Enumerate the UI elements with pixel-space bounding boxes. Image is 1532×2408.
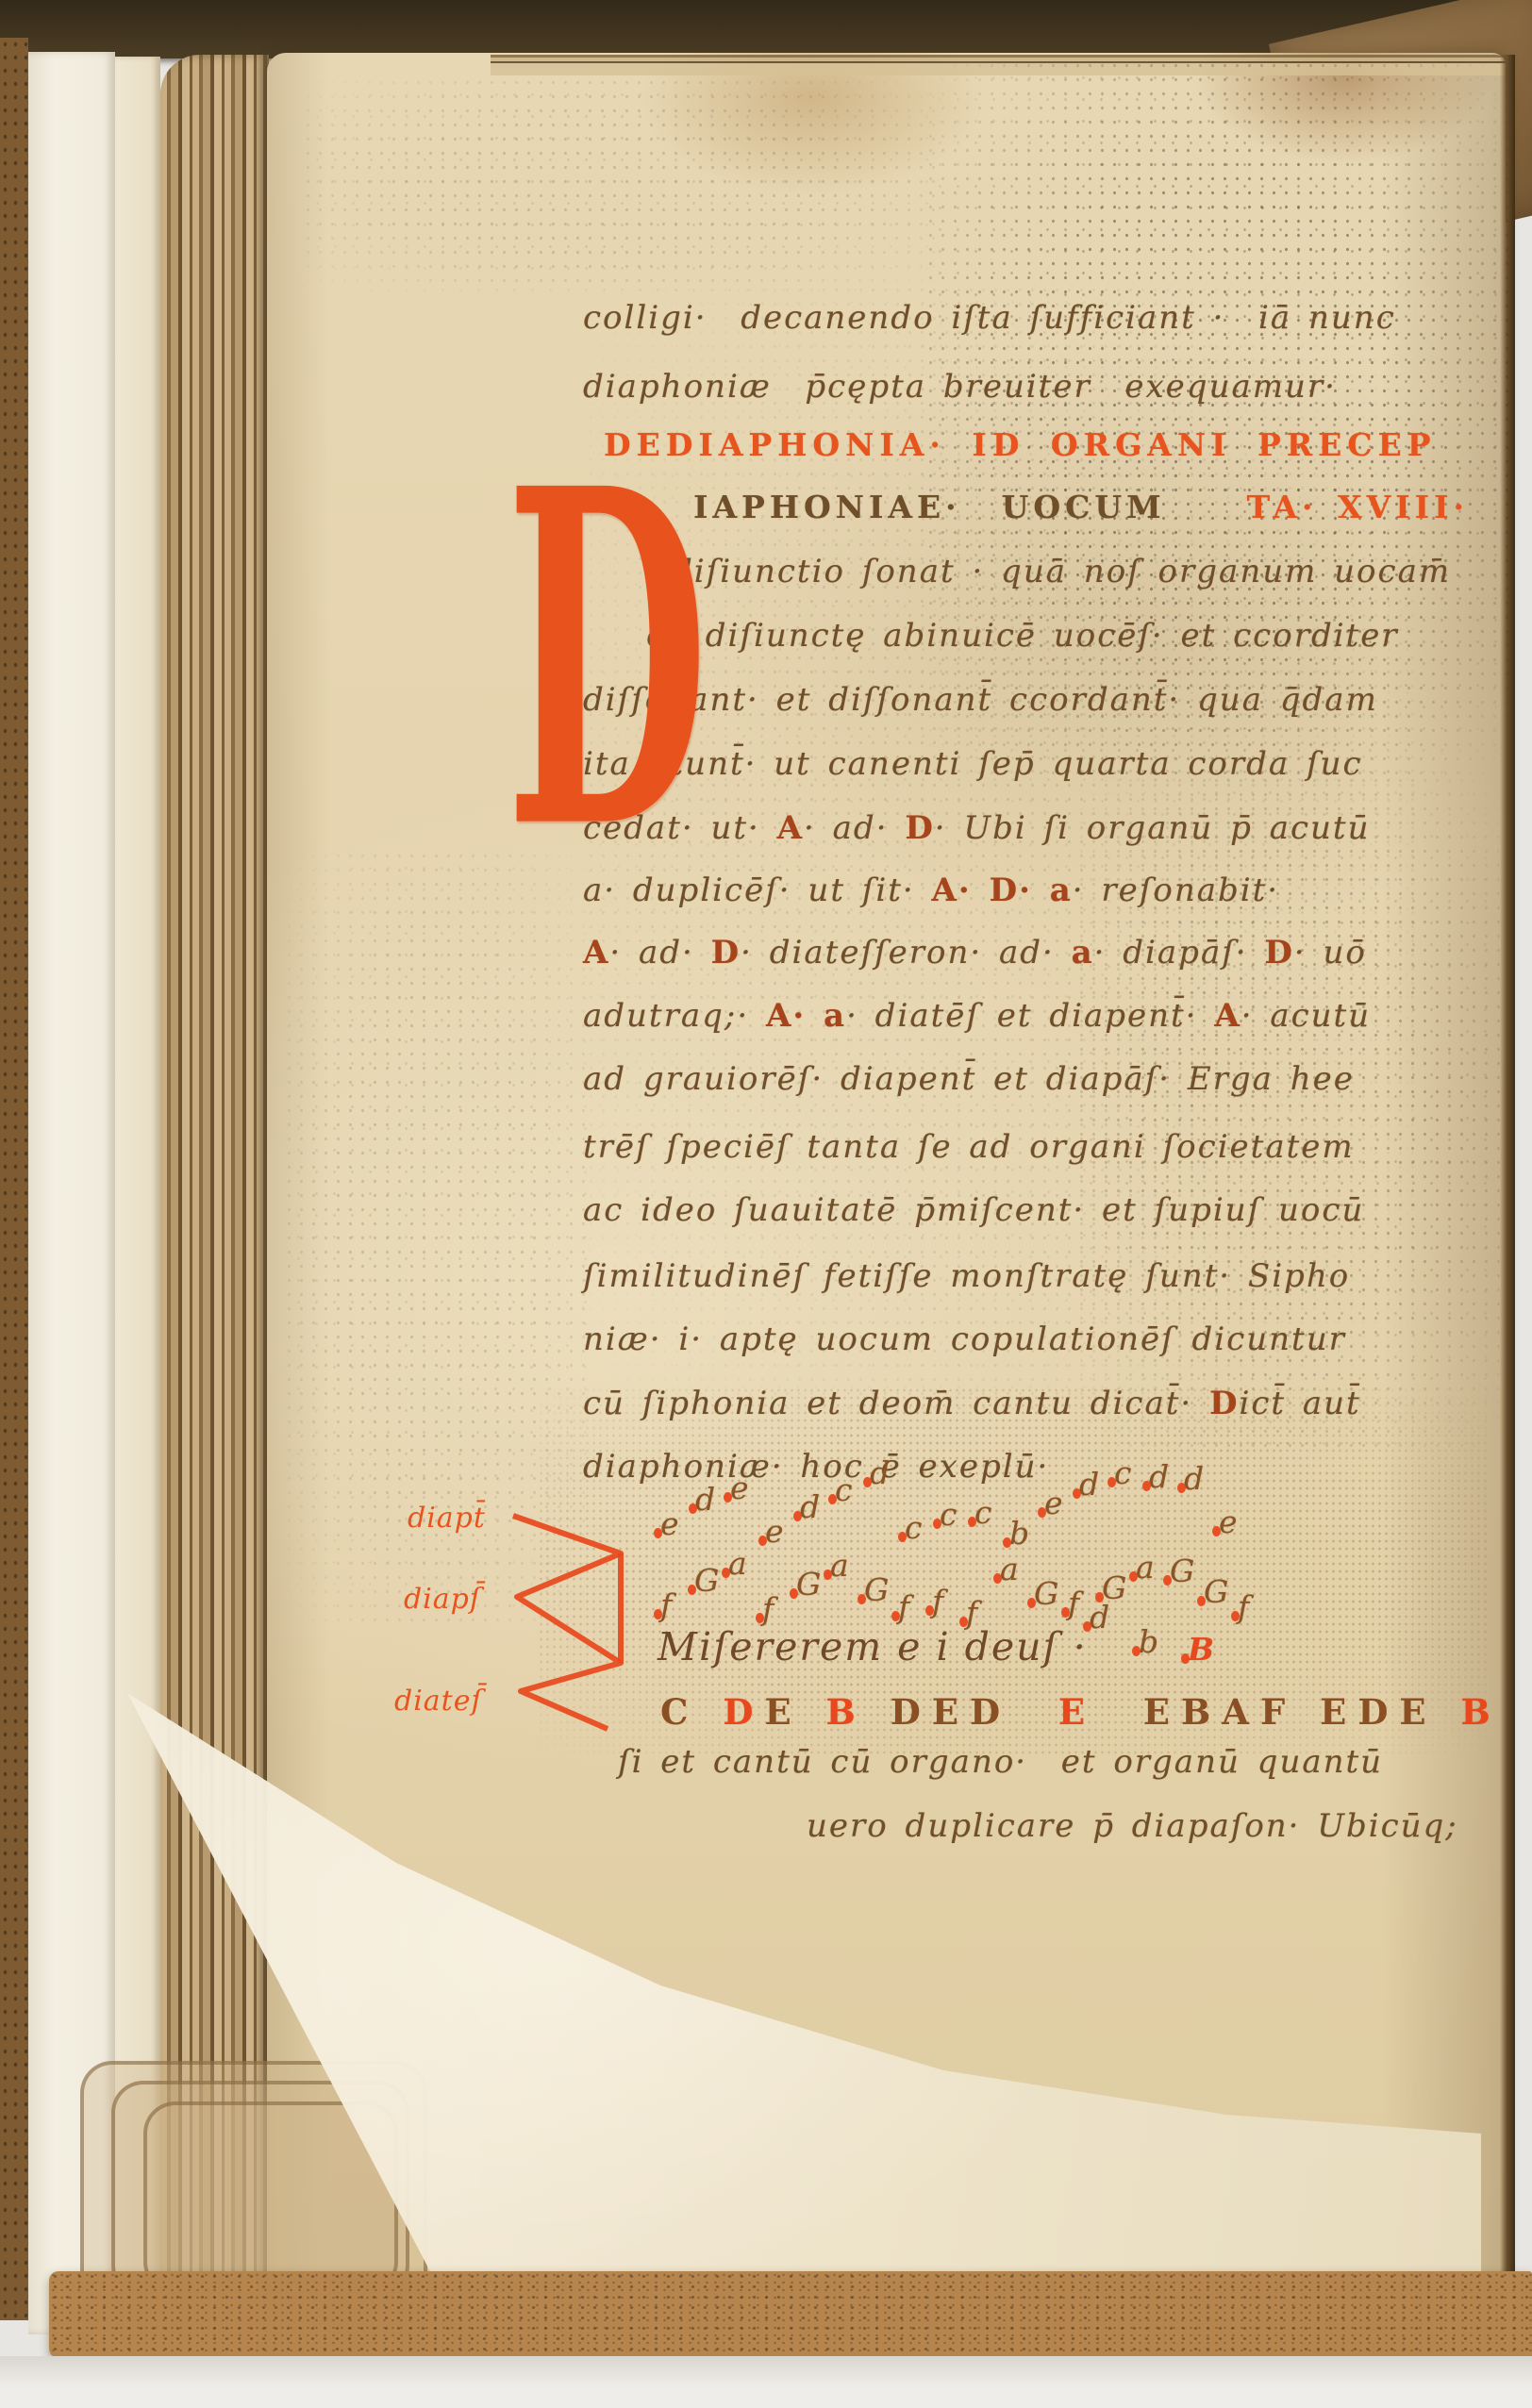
note-letter: e [660, 1505, 679, 1542]
text-segment: · diateſſeron· ad· [741, 934, 1071, 972]
text-line: A· ad· D· diateſſeron· ad· a· diapāſ· D·… [583, 934, 1367, 972]
organum-caps-row: C DE B DED E EBAF EDE B B [660, 1691, 1532, 1733]
note-letter: c [835, 1471, 852, 1508]
note-letter: G [1204, 1573, 1228, 1610]
text-segment: · ad· [804, 809, 905, 847]
note-letter: f [898, 1588, 909, 1625]
text-segment: · uō [1294, 934, 1367, 972]
note-letter: c [940, 1496, 957, 1533]
rubric-line: DEDIAPHONIA· ID ORGANI PRECEP [604, 426, 1437, 463]
note-letter: d [800, 1488, 820, 1525]
caps-segment: B [1461, 1691, 1502, 1733]
note-letter: d [1149, 1458, 1169, 1495]
text-segment: cū ſiphonia et deom̄ cantu dicat̄· [583, 1385, 1209, 1422]
text-segment: D [905, 809, 934, 847]
text-line: niæ· i· aptę uocum copulationēſ dicuntur [583, 1320, 1346, 1358]
text-segment: · acutū [1241, 997, 1371, 1035]
text-segment: colligi· decanendo iſta ſufficiant · iā … [583, 299, 1396, 337]
note-letter: e [765, 1513, 784, 1550]
note-letter: d [1090, 1599, 1109, 1636]
note-letter: d [1184, 1460, 1204, 1497]
text-segment: cū diſiunctę abinuicē uocēſ· et ccordite… [646, 617, 1399, 655]
note-letter: a [830, 1547, 849, 1584]
note-letter: a [728, 1545, 747, 1582]
text-line: cū ſiphonia et deom̄ cantu dicat̄· Dict̄… [583, 1385, 1361, 1422]
note-letter: c [905, 1509, 922, 1546]
caps-segment: DED [867, 1691, 1058, 1733]
caps-segment: E [1058, 1691, 1096, 1733]
note-letter: d [870, 1454, 890, 1491]
caps-segment: C [660, 1691, 723, 1733]
text-segment: ſimilitudinēſ fetiſſe monſtratę ſunt· Si… [583, 1257, 1350, 1295]
scanner-background [0, 2356, 1532, 2408]
text-line: diaphoniæ· hoc ē exeplū· [583, 1448, 1049, 1486]
caps-segment: B [1502, 1691, 1532, 1733]
caps-segment: D [723, 1691, 764, 1733]
text-segment: TA· XVIII· [1166, 489, 1469, 525]
text-segment: A [777, 809, 804, 847]
text-segment: · Ubi ſi organū p̄ acutū [935, 809, 1371, 847]
text-segment: ad grauiorēſ· diapent̄ et diapāſ· Erga h… [583, 1060, 1355, 1098]
margin-label-diapente: diapt̄ [408, 1502, 486, 1535]
note-letter: b [1009, 1515, 1029, 1552]
text-line: diſiunctio ſonat · quā noſ organum uocam… [672, 553, 1451, 590]
note-letter: f [660, 1586, 672, 1623]
text-segment: ict̄ aut̄ [1239, 1385, 1360, 1422]
note-letter: f [1068, 1585, 1079, 1621]
scanned-manuscript-photo: colligi· decanendo iſta ſufficiant · iā … [0, 0, 1532, 2408]
text-segment: DEDIAPHONIA· ID ORGANI PRECEP [604, 426, 1437, 463]
text-line: IAPHONIAE· UOCUM TA· XVIII· [693, 489, 1469, 525]
text-segment: · diatēſ et diapent̄· [846, 997, 1214, 1035]
note-letter: a [1136, 1549, 1155, 1586]
chant-text: Miſererem e i deuſ · [658, 1624, 1088, 1669]
text-line: ac ideo ſuauitatē p̄miſcent· et ſupiuſ u… [583, 1191, 1364, 1229]
note-letter: b [1139, 1623, 1158, 1660]
note-letter: B [1188, 1631, 1214, 1668]
text-segment: diaphoniæ· hoc ē exeplū· [583, 1448, 1049, 1486]
note-letter: e [1219, 1503, 1238, 1540]
note-letter: e [1044, 1485, 1063, 1521]
text-segment: D [1209, 1385, 1239, 1422]
note-letter: d [1079, 1466, 1099, 1503]
note-letter: f [762, 1590, 774, 1627]
text-segment: ac ideo ſuauitatē p̄miſcent· et ſupiuſ u… [583, 1191, 1364, 1229]
note-letter: G [694, 1562, 719, 1599]
text-segment: adutraq;· [583, 997, 766, 1035]
margin-label-diatessaron: diateſ̄ [394, 1685, 483, 1718]
text-segment: A· a [766, 997, 846, 1035]
text-segment: A· D· a [932, 872, 1073, 909]
text-line: uero duplicare p̄ diapaſon· Ubicūq; [807, 1807, 1458, 1845]
text-segment: · reſonabit· [1073, 872, 1279, 909]
caps-segment: EBAF EDE [1096, 1691, 1460, 1733]
note-letter: a [1000, 1551, 1019, 1587]
text-segment: IAPHONIAE· UOCUM [693, 489, 1166, 525]
text-segment: a [1072, 934, 1094, 972]
caps-segment: E [764, 1691, 825, 1733]
text-line: adutraq;· A· a· diatēſ et diapent̄· A· a… [583, 997, 1371, 1035]
caps-segment: B [826, 1691, 867, 1733]
note-letter: c [974, 1494, 991, 1531]
note-letter: f [1238, 1588, 1249, 1625]
text-line: colligi· decanendo iſta ſufficiant · iā … [583, 299, 1396, 337]
text-line: cū diſiunctę abinuicē uocēſ· et ccordite… [646, 617, 1399, 655]
note-letter: G [1034, 1575, 1058, 1612]
text-segment: D [1264, 934, 1293, 972]
text-segment: A [1214, 997, 1241, 1035]
book-cover-bottom-edge [49, 2271, 1532, 2358]
text-segment: A [583, 934, 609, 972]
text-segment: niæ· i· aptę uocum copulationēſ dicuntur [583, 1320, 1346, 1358]
note-letter: G [796, 1566, 821, 1603]
initial-D: D [506, 441, 708, 879]
text-segment: uero duplicare p̄ diapaſon· Ubicūq; [807, 1807, 1458, 1845]
note-letter: G [1170, 1553, 1194, 1589]
text-segment: D [711, 934, 741, 972]
note-letter: G [864, 1571, 889, 1608]
note-letter: c [1114, 1454, 1131, 1491]
text-segment: diſiunctio ſonat · quā noſ organum uocam… [672, 553, 1451, 590]
text-segment: · ad· [609, 934, 710, 972]
text-line: ſimilitudinēſ fetiſſe monſtratę ſunt· Si… [583, 1257, 1350, 1295]
text-line: trēſ ſpeciēſ tanta ſe ad organi ſocietat… [583, 1128, 1355, 1166]
text-line: ad grauiorēſ· diapent̄ et diapāſ· Erga h… [583, 1060, 1355, 1098]
text-segment: · diapāſ· [1094, 934, 1265, 972]
margin-label-diapason: diapſ̄ [404, 1583, 481, 1616]
text-segment: trēſ ſpeciēſ tanta ſe ad organi ſocietat… [583, 1128, 1355, 1166]
note-letter: f [932, 1583, 943, 1619]
note-letter: e [730, 1470, 749, 1506]
note-letter: d [695, 1481, 715, 1518]
